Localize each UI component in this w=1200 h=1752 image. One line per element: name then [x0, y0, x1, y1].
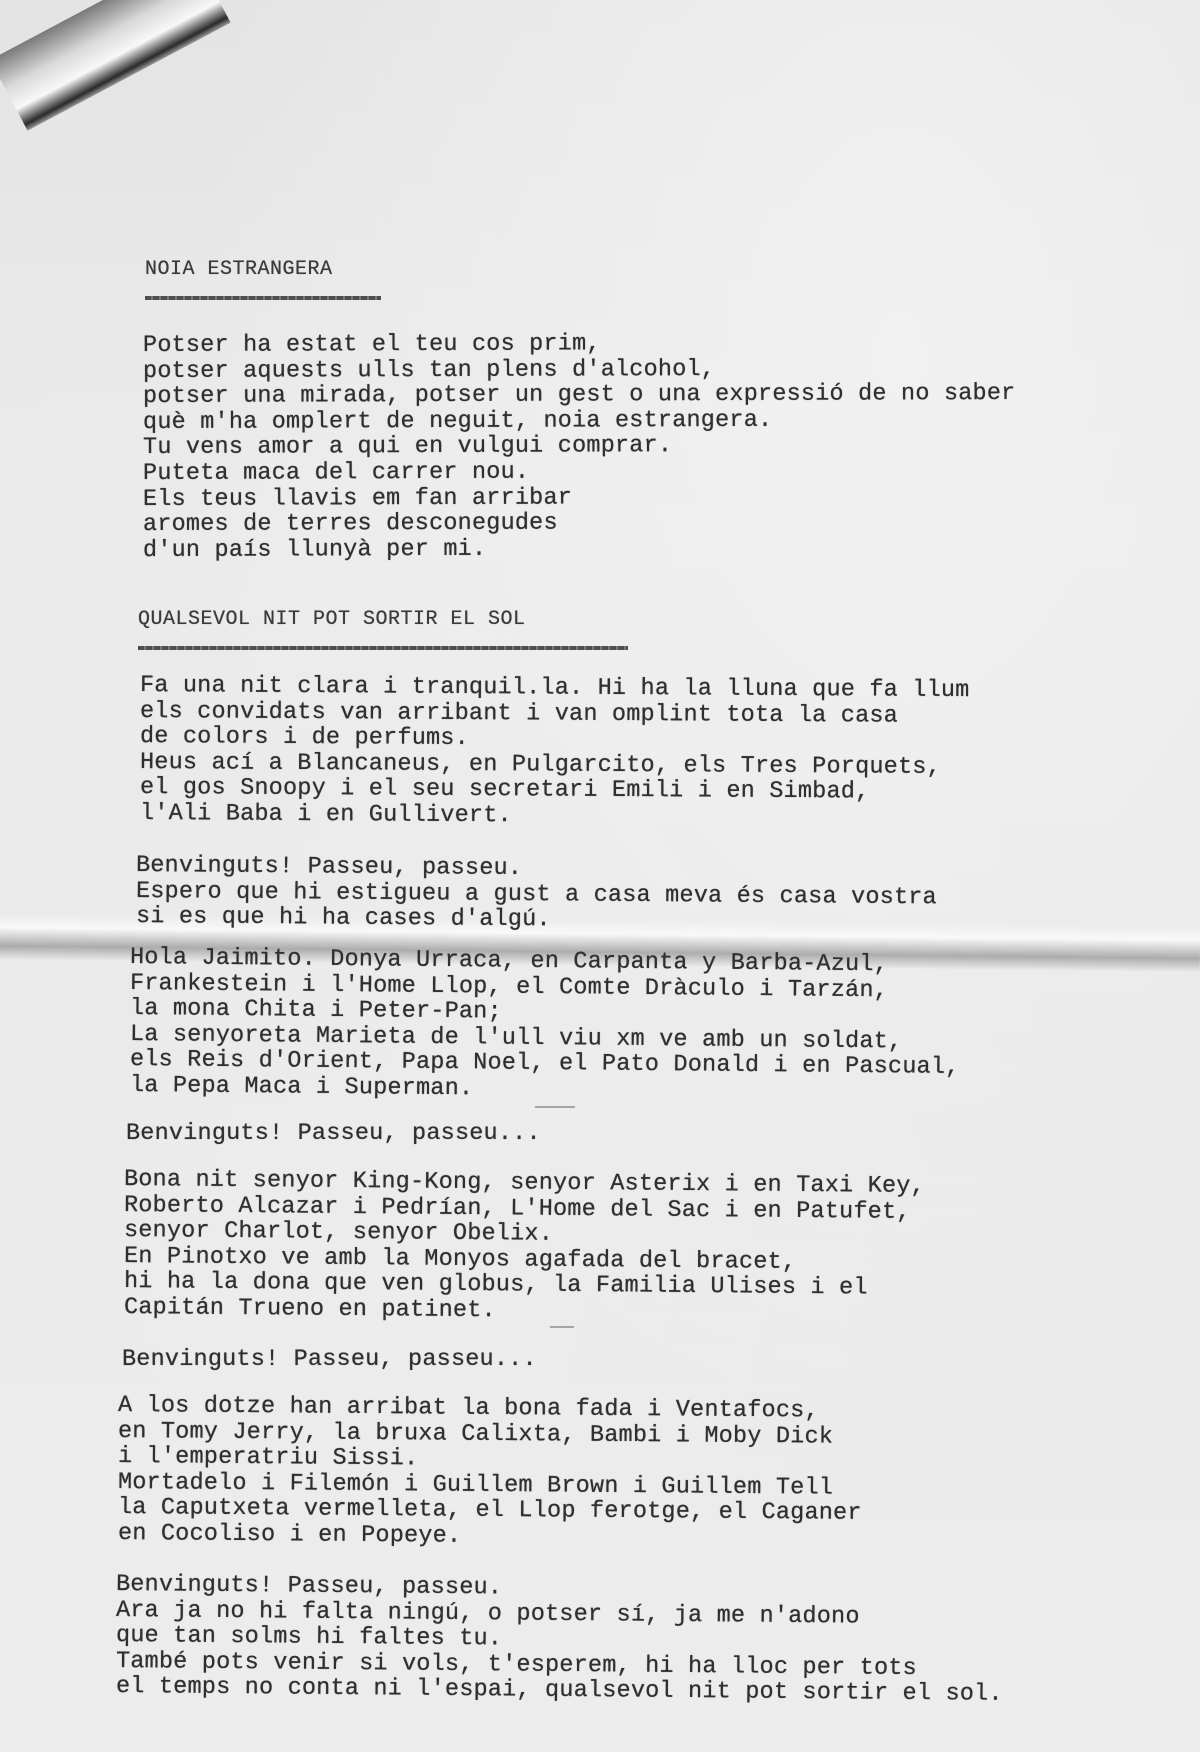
- title-underline: [138, 646, 628, 650]
- lyric-line: potser aquests ulls tan plens d'alcohol,: [143, 356, 715, 385]
- lyric-line: aromes de terres desconegudes: [143, 510, 558, 538]
- lyric-line: Potser ha estat el teu cos prim,: [143, 330, 601, 359]
- lyric-line: d'un país llunyà per mi.: [143, 536, 486, 564]
- lyric-line: Benvinguts! Passeu, passeu...: [126, 1120, 541, 1147]
- lyric-line: què m'ha omplert de neguit, noia estrang…: [143, 407, 772, 436]
- lyric-line: potser una mirada, potser un gest o una …: [143, 380, 1016, 410]
- stray-mark: [550, 1326, 574, 1328]
- lyric-line: Capitán Trueno en patinet.: [124, 1294, 496, 1324]
- lyric-line: en Cocoliso i en Popeye.: [118, 1520, 461, 1550]
- lyric-line: Puteta maca del carrer nou.: [143, 459, 529, 487]
- title-underline: [145, 296, 381, 300]
- lyric-line: de colors i de perfums.: [140, 723, 469, 752]
- lyric-line: Benvinguts! Passeu, passeu...: [122, 1346, 537, 1373]
- song-title: QUALSEVOL NIT POT SORTIR EL SOL: [138, 608, 526, 631]
- stray-mark: [535, 1106, 575, 1108]
- lyric-line: i l'emperatriu Sissi.: [118, 1443, 419, 1472]
- lyric-line: Els teus llavis em fan arribar: [143, 484, 572, 512]
- lyric-line: la Pepa Maca i Superman.: [130, 1072, 474, 1102]
- lyric-line: si es que hi ha cases d'algú.: [136, 903, 551, 933]
- song-title: NOIA ESTRANGERA: [145, 258, 333, 281]
- lyric-line: l'Ali Baba i en Gullivert.: [140, 800, 512, 829]
- lyric-line: Tu vens amor a qui en vulgui comprar.: [143, 433, 672, 462]
